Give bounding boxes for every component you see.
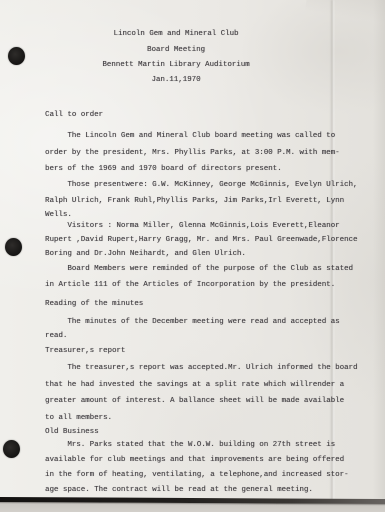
text-line: Board Members were reminded of the purpo… bbox=[45, 264, 353, 274]
text-line: to all members. bbox=[45, 413, 112, 423]
text-line: in Article 111 of the Articles of Incorp… bbox=[45, 280, 335, 290]
text-line: in the form of heating, ventilating, a t… bbox=[45, 470, 349, 480]
doc-title-location: Bennett Martin Library Auditorium bbox=[0, 60, 352, 70]
text-line: bers of the 1969 and 1970 board of direc… bbox=[45, 164, 282, 174]
doc-title-date: Jan.11,1970 bbox=[0, 75, 352, 85]
text-line: Mrs. Parks stated that the W.O.W. buildi… bbox=[45, 440, 335, 450]
paper-right-edge-shading bbox=[373, 0, 385, 512]
text-line: The Lincoln Gem and Mineral Club board m… bbox=[45, 131, 335, 141]
text-line: that he had invested the savings at a sp… bbox=[45, 380, 344, 390]
text-line: Visitors : Norma Miller, Glenna McGinnis… bbox=[45, 221, 340, 231]
doc-title-meeting-type: Board Meeting bbox=[0, 45, 352, 55]
text-line: read. bbox=[45, 331, 67, 341]
hole-punch-bottom bbox=[3, 440, 20, 458]
heading-treasurers-report: Treasurer,s report bbox=[45, 346, 125, 356]
text-line: order by the president, Mrs. Phyllis Par… bbox=[45, 148, 340, 158]
doc-title-club-name: Lincoln Gem and Mineral Club bbox=[0, 29, 352, 39]
text-line: Boring and Dr.John Neihardt, and Glen Ul… bbox=[45, 249, 246, 259]
text-line: available for club meetings and that imp… bbox=[45, 455, 344, 465]
text-line: Ralph Ulrich, Frank Ruhl,Phyllis Parks, … bbox=[45, 196, 344, 206]
text-line: The minutes of the December meeting were… bbox=[45, 317, 340, 327]
heading-old-business: Old Business bbox=[45, 427, 99, 437]
text-line: greater amount of interest. A ballance s… bbox=[45, 396, 344, 406]
scanned-document-page: Lincoln Gem and Mineral Club Board Meeti… bbox=[0, 0, 385, 512]
text-line: The treasurer,s report was accepted.Mr. … bbox=[45, 363, 357, 373]
text-line: Those presentwere: G.W. McKinney, George… bbox=[45, 180, 357, 190]
heading-call-to-order: Call to order bbox=[45, 110, 103, 120]
text-line: Wells. bbox=[45, 210, 72, 220]
hole-punch-middle bbox=[5, 238, 22, 256]
text-line: age space. The contract will be read at … bbox=[45, 485, 313, 495]
text-line: Rupert ,David Rupert,Harry Gragg, Mr. an… bbox=[45, 235, 357, 245]
heading-reading-of-minutes: Reading of the minutes bbox=[45, 299, 143, 309]
